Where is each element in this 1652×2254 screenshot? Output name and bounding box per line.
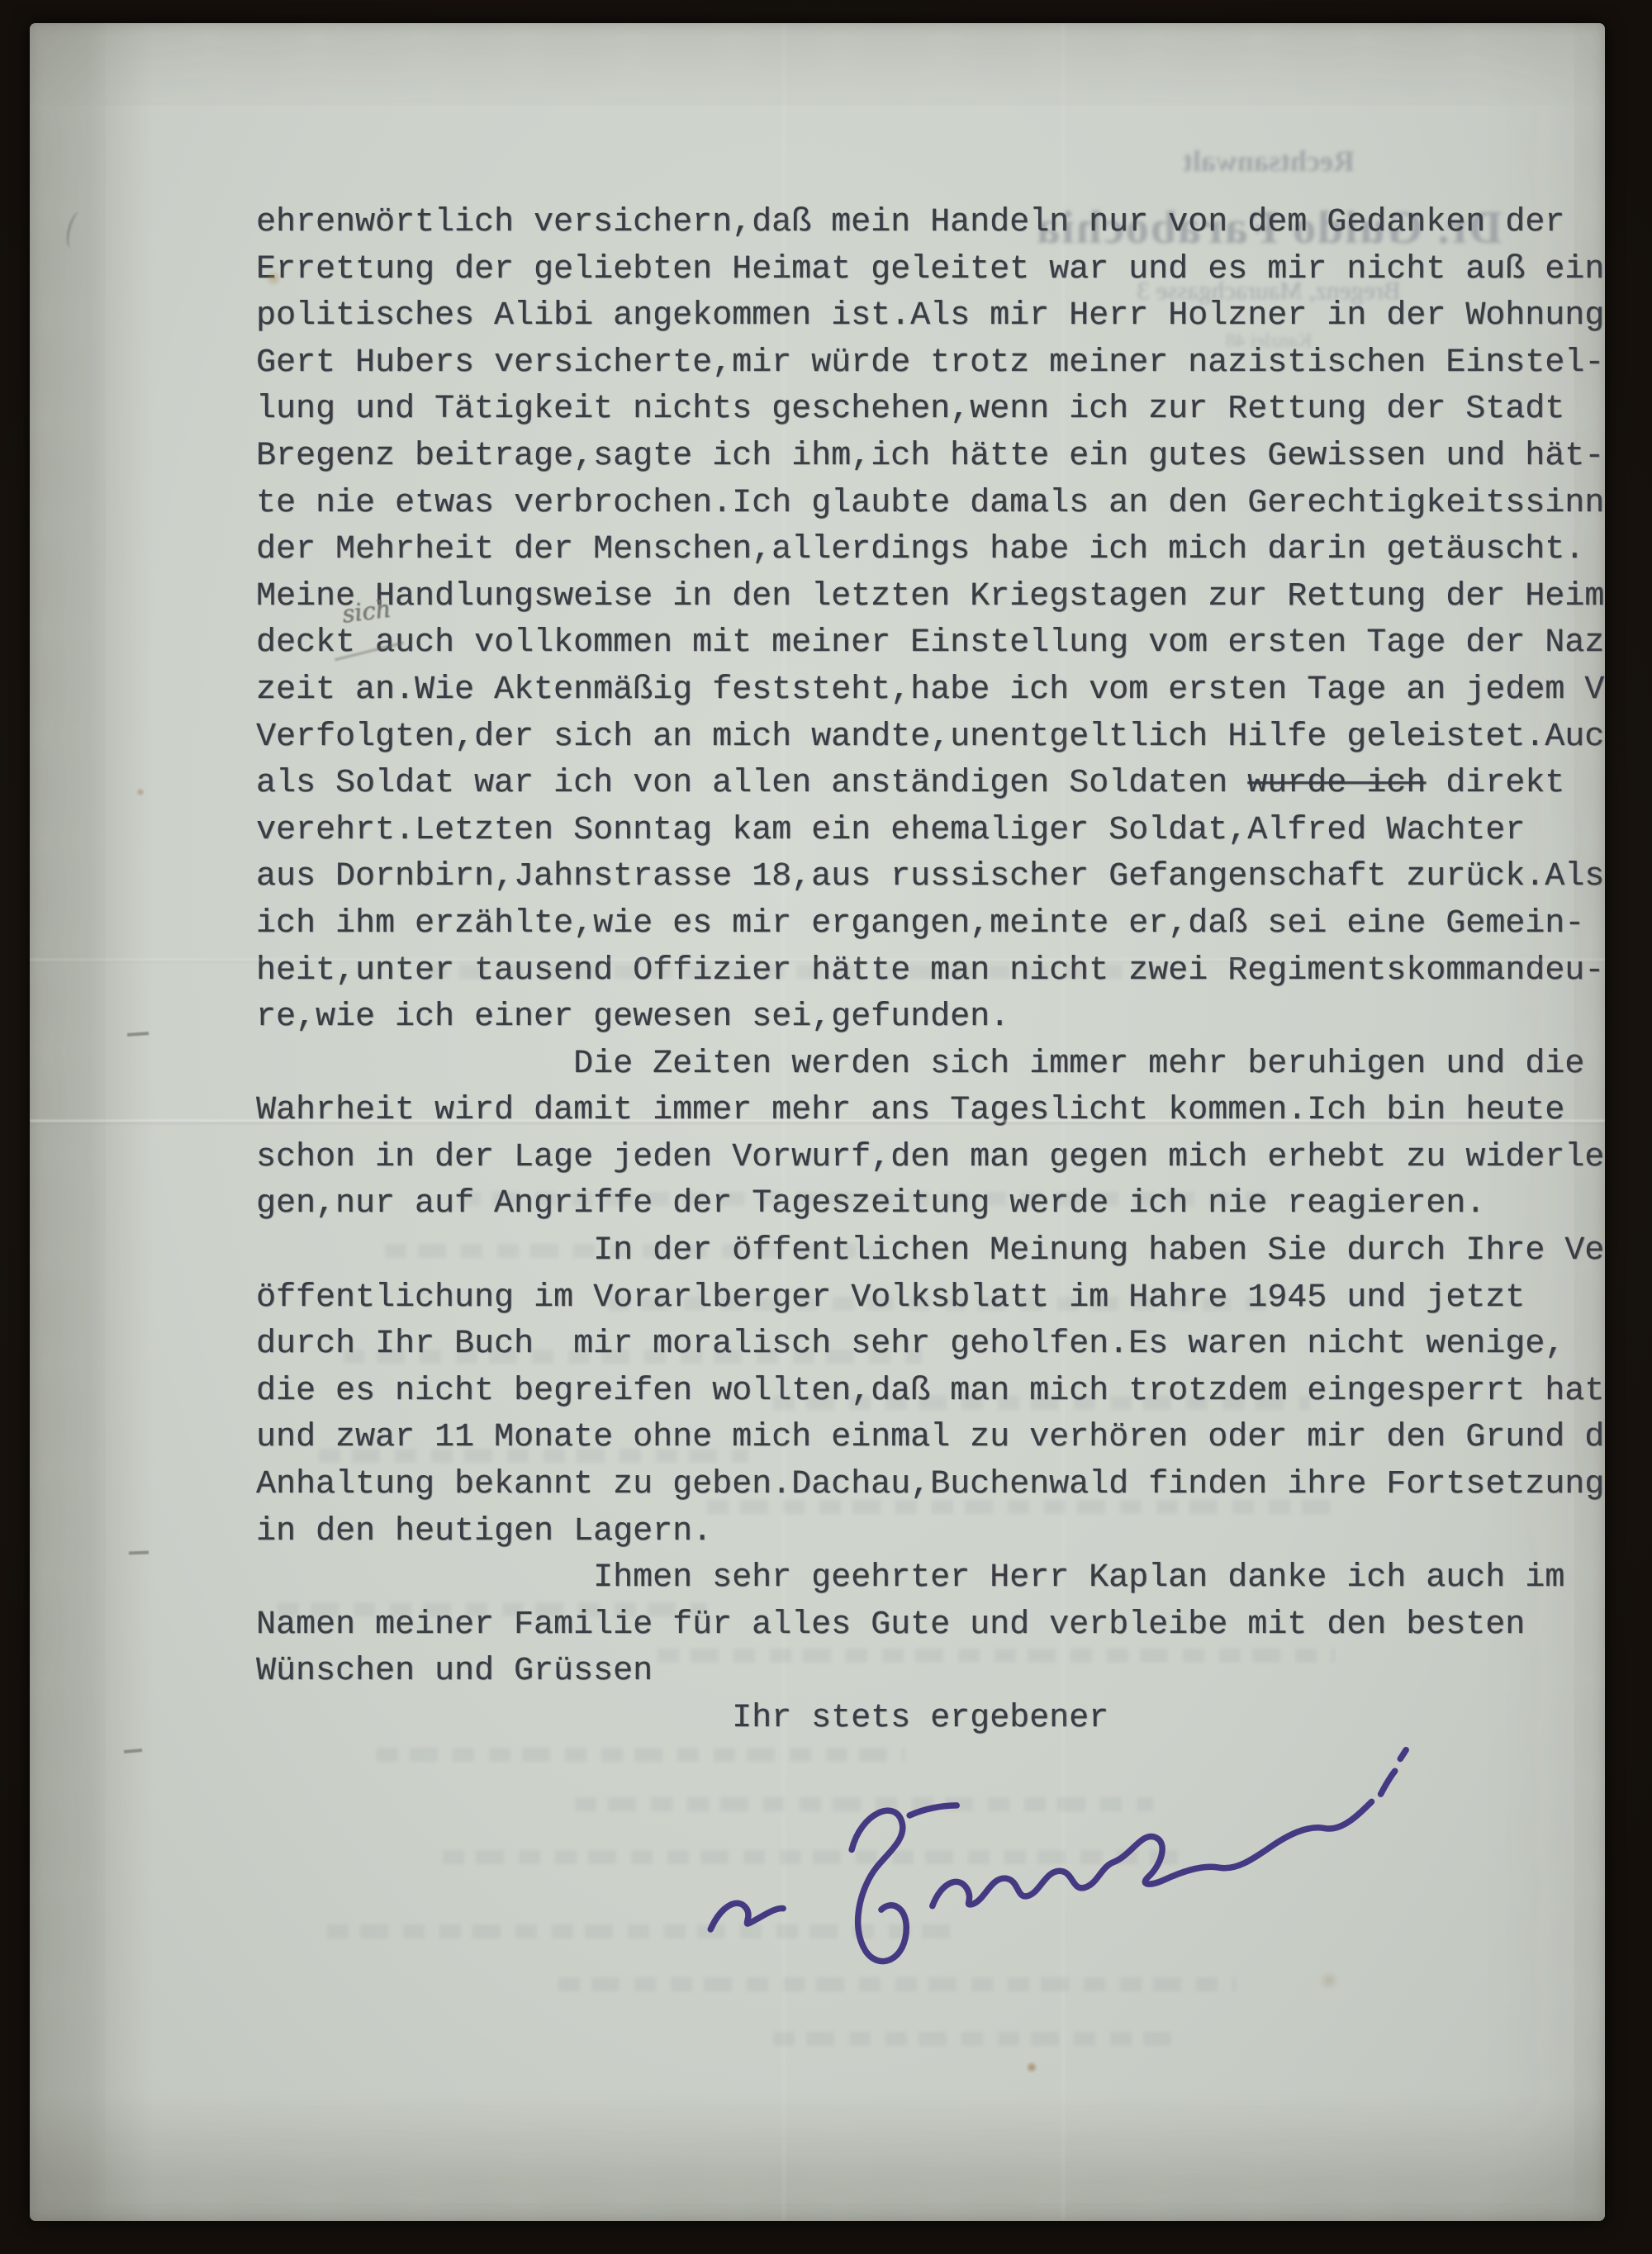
letterhead-line: Rechtsanwalt: [980, 144, 1558, 178]
typed-line: ich ihm erzählte,wie es mir ergangen,mei…: [256, 901, 1605, 948]
pencil-insert-stroke: [335, 642, 404, 662]
handwritten-insertion: sich: [340, 597, 392, 627]
typed-line: gen,nur auf Angriffe der Tageszeitung we…: [256, 1181, 1605, 1228]
typed-line: schon in der Lage jeden Vorwurf,den man …: [256, 1135, 1605, 1182]
typed-line: deckt auch vollkommen mit meiner Einstel…: [256, 620, 1605, 667]
typed-line: in den heutigen Lagern.: [256, 1509, 1605, 1556]
typed-letter-body: ehrenwörtlich versichern,daß mein Handel…: [256, 200, 1605, 1743]
bleedthrough-smudge: [575, 1797, 1153, 1811]
typed-line: Die Zeiten werden sich immer mehr beruhi…: [256, 1042, 1605, 1089]
typed-line: re,wie ich einer gewesen sei,gefunden.: [256, 994, 1605, 1042]
typed-line: Errettung der geliebten Heimat geleitet …: [256, 247, 1605, 294]
typed-line: durch Ihr Buch mir moralisch sehr geholf…: [256, 1322, 1605, 1369]
typed-line: aus Dornbirn,Jahnstrasse 18,aus russisch…: [256, 854, 1605, 901]
typed-line: zeit an.Wie Aktenmäßig feststeht,habe ic…: [256, 667, 1605, 714]
typed-line: und zwar 11 Monate ohne mich einmal zu v…: [256, 1415, 1605, 1462]
typed-line: die es nicht begreifen wollten,daß man m…: [256, 1369, 1605, 1416]
paper-stain: [135, 788, 145, 796]
pencil-dash: [127, 1032, 149, 1037]
typed-line: Ihmen sehr geehrter Herr Kaplan danke ic…: [256, 1555, 1605, 1602]
typed-line: verehrt.Letzten Sonntag kam ein ehemalig…: [256, 808, 1605, 855]
bleedthrough-smudge: [443, 1850, 1186, 1864]
paper-stain: [1318, 1972, 1340, 1989]
typed-line: politisches Alibi angekommen ist.Als mir…: [256, 293, 1605, 340]
pencil-curl-mark: [64, 210, 88, 250]
typed-line: Bregenz beitrage,sagte ich ihm,ich hätte…: [256, 434, 1605, 481]
pencil-dash: [124, 1749, 142, 1753]
typed-line: Ihr stets ergebener: [256, 1696, 1605, 1743]
typed-line: Gert Hubers versicherte,mir würde trotz …: [256, 340, 1605, 387]
typed-line: lung und Tätigkeit nichts geschehen,wenn…: [256, 387, 1605, 434]
typed-line: öffentlichung im Vorarlberger Volksblatt…: [256, 1275, 1605, 1322]
typed-line: Verfolgten,der sich an mich wandte,unent…: [256, 714, 1605, 762]
paper-stain: [1025, 2062, 1038, 2073]
photo-backdrop: Rechtsanwalt Dr. Guido Farabochia Bregen…: [0, 0, 1652, 2254]
typed-line: ehrenwörtlich versichern,daß mein Handel…: [256, 200, 1605, 247]
typed-line: In der öffentlichen Meinung haben Sie du…: [256, 1228, 1605, 1275]
typed-line: der Mehrheit der Menschen,allerdings hab…: [256, 527, 1605, 574]
letter-page: Rechtsanwalt Dr. Guido Farabochia Bregen…: [30, 23, 1605, 2221]
typed-line: Wahrheit wird damit immer mehr ans Tages…: [256, 1088, 1605, 1135]
typed-line: Namen meiner Familie für alles Gute und …: [256, 1602, 1605, 1649]
struck-text: wurde ich: [1247, 765, 1426, 802]
typed-line: als Soldat war ich von allen anständigen…: [256, 761, 1605, 808]
bleedthrough-smudge: [377, 1748, 905, 1762]
typed-line: heit,unter tausend Offizier hätte man ni…: [256, 948, 1605, 995]
bleedthrough-smudge: [558, 1977, 1236, 1991]
typed-line: Anhaltung bekannt zu geben.Dachau,Buchen…: [256, 1462, 1605, 1509]
pencil-dash: [129, 1551, 149, 1555]
typed-line: Wünschen und Grüssen: [256, 1649, 1605, 1696]
bleedthrough-smudge: [773, 2032, 1186, 2046]
typed-line: Meine Handlungsweise in den letzten Krie…: [256, 574, 1605, 621]
typed-line: te nie etwas verbrochen.Ich glaubte dama…: [256, 481, 1605, 528]
bleedthrough-smudge: [327, 1924, 955, 1938]
